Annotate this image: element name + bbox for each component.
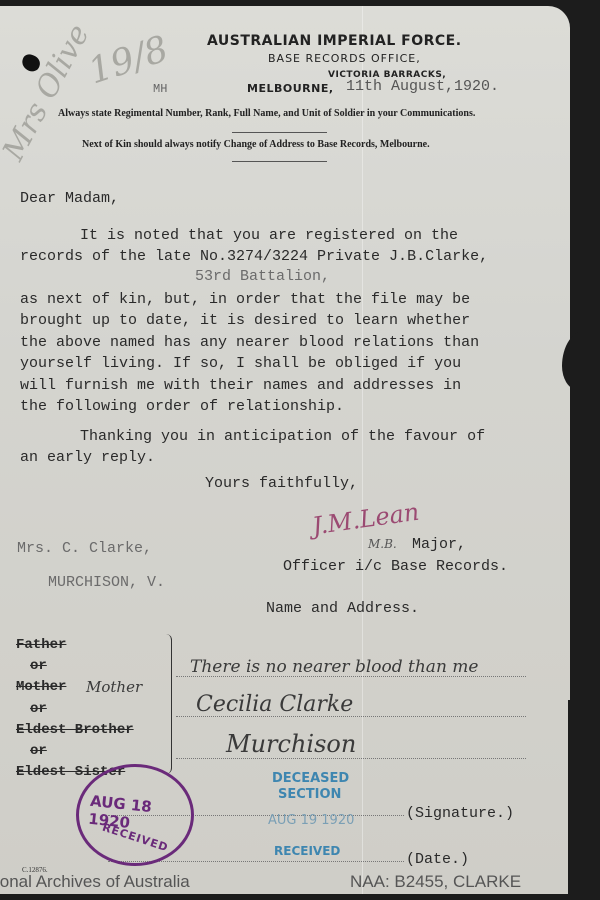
divider	[232, 132, 327, 133]
blue-stamp-date: AUG 19 1920	[268, 813, 354, 828]
relation-or: or	[30, 743, 47, 759]
recipient-address: MURCHISON, V.	[48, 574, 165, 591]
signer-rank: Major,	[412, 536, 466, 553]
letterhead-title: AUSTRALIAN IMPERIAL FORCE.	[207, 33, 462, 49]
handwritten-answer-address: Murchison	[226, 730, 356, 758]
relation-father: Father	[16, 637, 66, 653]
name-address-label: Name and Address.	[266, 600, 419, 617]
handwritten-relation: Mother	[86, 678, 142, 696]
letterhead-office: BASE RECORDS OFFICE,	[268, 52, 421, 65]
reference-initials: MH	[153, 82, 167, 96]
dotted-line	[176, 676, 526, 677]
recipient-name: Mrs. C. Clarke,	[17, 540, 152, 557]
signature-label: (Signature.)	[406, 805, 514, 822]
letterhead-city: MELBOURNE,	[247, 82, 334, 95]
relation-or: or	[30, 701, 47, 717]
body-line: records of the late No.3274/3224 Private…	[20, 248, 488, 265]
salutation: Dear Madam,	[20, 190, 119, 207]
letter-date: 11th August,1920.	[346, 78, 499, 95]
dotted-line	[176, 758, 526, 759]
body-line: will furnish me with their names and add…	[20, 377, 461, 394]
archive-caption-left: ional Archives of Australia	[0, 872, 190, 892]
signer-initials: M.B.	[368, 537, 397, 551]
bottom-border	[0, 894, 600, 900]
body-line: the above named has any nearer blood rel…	[20, 334, 479, 351]
body-line: as next of kin, but, in order that the f…	[20, 291, 470, 308]
received-stamp-purple: AUG 18 1920 RECEIVED	[76, 764, 194, 866]
relation-eldest-brother: Eldest Brother	[16, 722, 134, 738]
relations-bracket	[165, 634, 172, 774]
body-line: the following order of relationship.	[20, 398, 344, 415]
torn-edge	[580, 190, 600, 330]
body-line-unit: 53rd Battalion,	[195, 268, 330, 285]
relation-mother: Mother	[16, 679, 66, 695]
handwritten-answer-line: There is no nearer blood than me	[190, 657, 478, 677]
dotted-line	[176, 716, 526, 717]
notice-next-of-kin: Next of Kin should always notify Change …	[82, 139, 430, 150]
notice-regimental: Always state Regimental Number, Rank, Fu…	[58, 108, 475, 119]
valediction: Yours faithfully,	[205, 475, 358, 492]
closing-line: an early reply.	[20, 449, 155, 466]
torn-edge	[568, 700, 600, 900]
date-label: (Date.)	[406, 851, 469, 868]
salutation-madam: Madam,	[65, 190, 119, 207]
body-line: brought up to date, it is desired to lea…	[20, 312, 470, 329]
signer-title: Officer i/c Base Records.	[283, 558, 508, 575]
archive-caption-right: NAA: B2455, CLARKE	[350, 872, 521, 892]
deceased-section-stamp: DECEASED	[272, 771, 349, 786]
blue-stamp-received: RECEIVED	[274, 844, 340, 858]
body-line: It is noted that you are registered on t…	[80, 227, 458, 244]
handwritten-answer-name: Cecilia Clarke	[196, 692, 353, 717]
torn-edge	[578, 400, 600, 560]
body-line: yourself living. If so, I shall be oblig…	[20, 355, 461, 372]
closing-line: Thanking you in anticipation of the favo…	[80, 428, 485, 445]
relation-or: or	[30, 658, 47, 674]
deceased-section-stamp-line2: SECTION	[278, 787, 341, 802]
divider	[232, 161, 327, 162]
